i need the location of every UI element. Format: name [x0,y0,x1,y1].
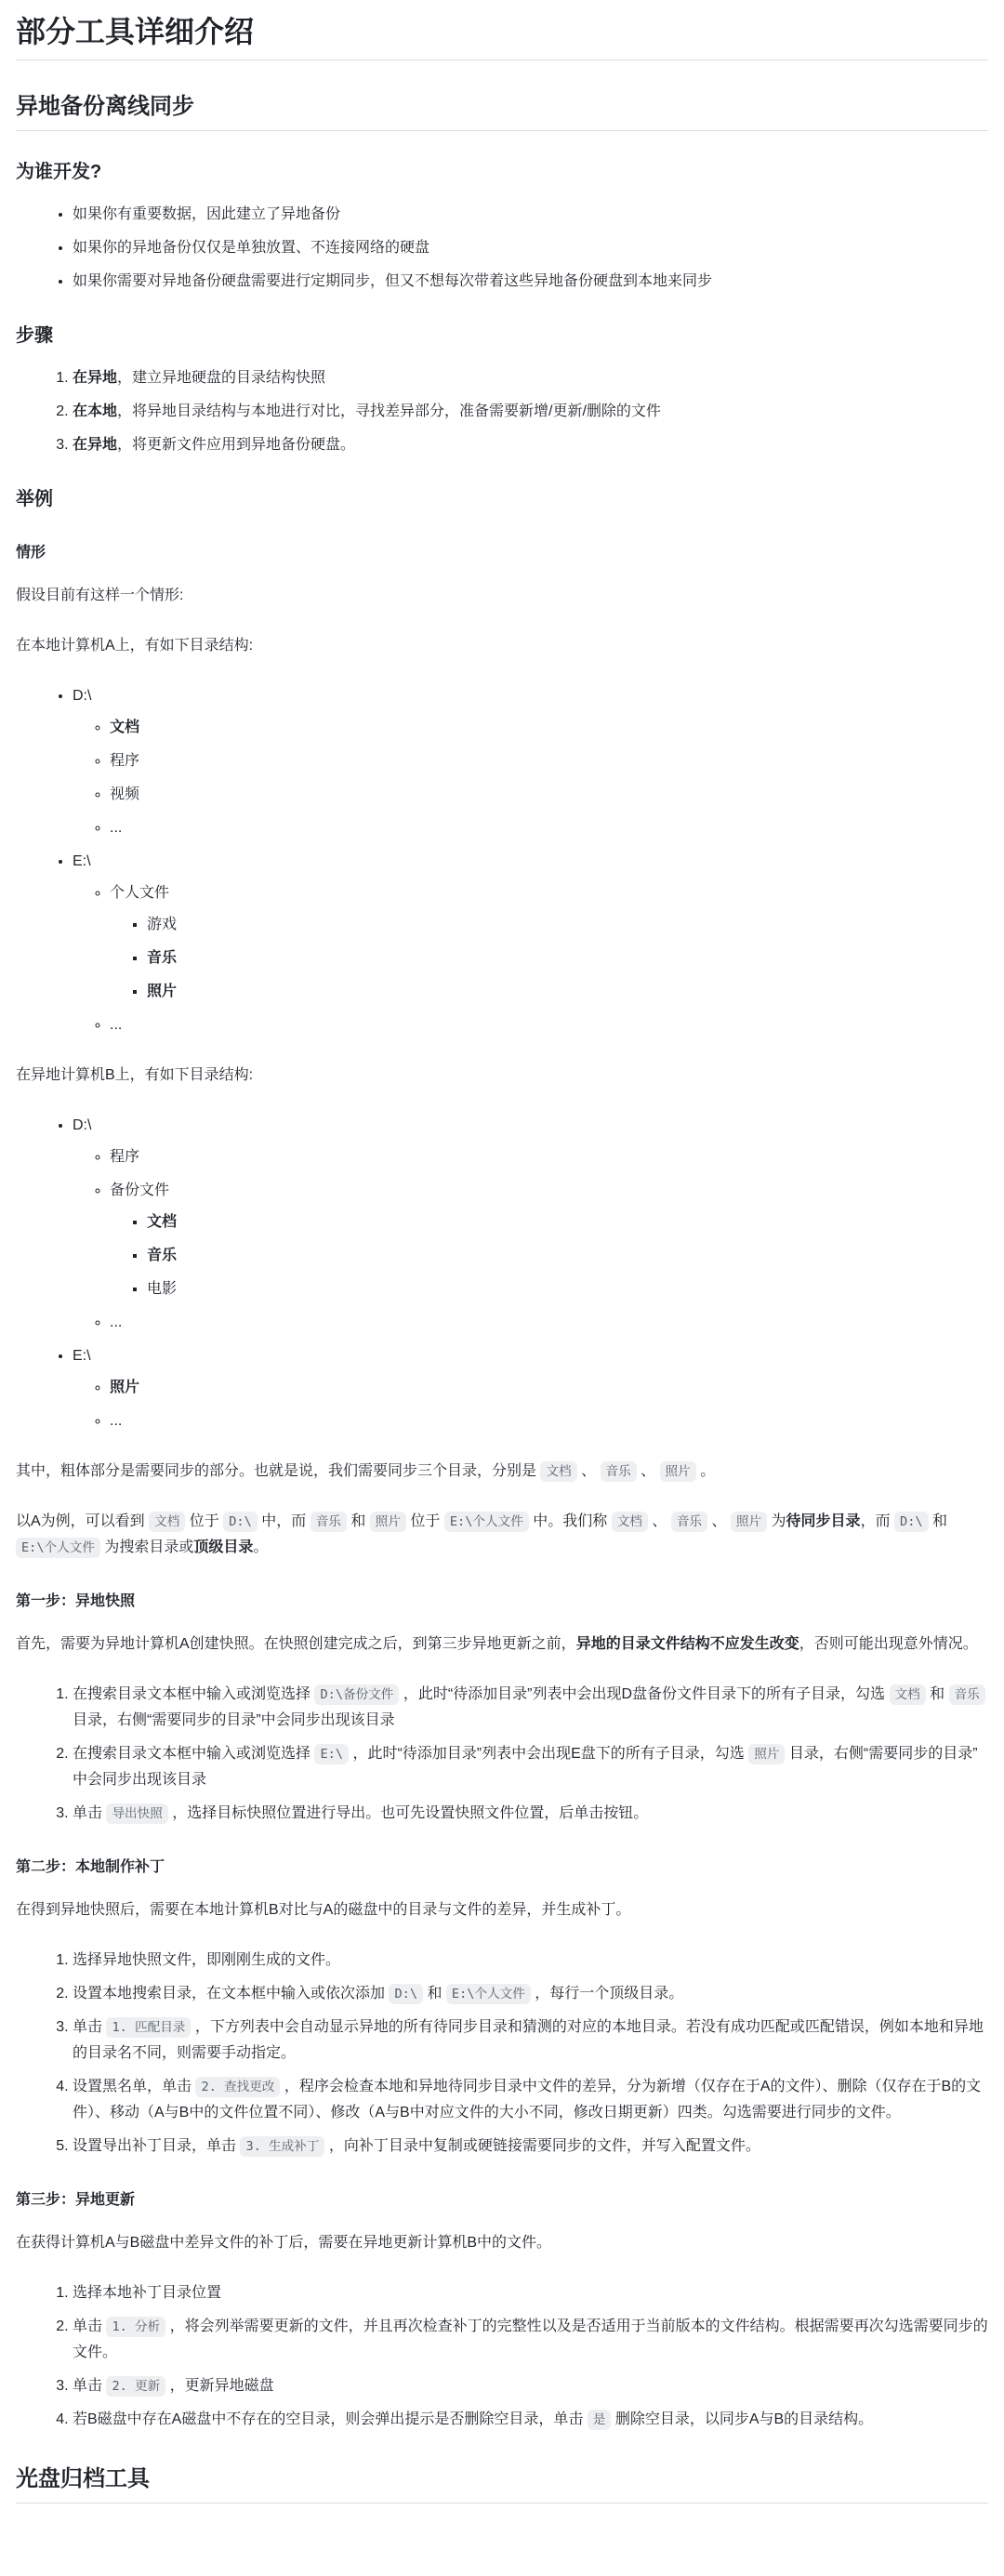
text-run: 在得到异地快照后，需要在本地计算机B对比与A的磁盘中的目录与文件的差异，并生成补… [16,1902,630,1918]
inline-code: 文档 [149,1512,185,1532]
list-item: 音乐 [147,1243,988,1269]
text-run: D:\ [73,688,91,704]
text-run: 若B磁盘中存在A磁盘中不存在的空目录，则会弹出提示是否删除空目录，单击 [73,2411,588,2427]
inline-code: 1. 分析 [106,2317,165,2337]
list-item: 照片 [110,1375,988,1401]
text-run: ... [110,1314,122,1330]
text-run: 假设目前有这样一个情形: [16,588,183,603]
text-run: 如果你需要对异地备份硬盘需要进行定期同步，但又不想每次带着这些异地备份硬盘到本地… [73,273,712,289]
text-run: ... [110,1017,122,1033]
text-run: 单击 [73,1805,106,1821]
nested-list: 程序备份文件文档音乐电影... [73,1144,988,1336]
list-item: 如果你需要对异地备份硬盘需要进行定期同步，但又不想每次带着这些异地备份硬盘到本地… [73,269,988,295]
text-run: 位于 [406,1513,444,1529]
list-item: 备份文件文档音乐电影 [110,1178,988,1302]
list-item: 在搜索目录文本框中输入或浏览选择 E:\ ，此时“待添加目录”列表中会出现E盘下… [73,1741,988,1793]
list-item: 音乐 [147,945,988,971]
paragraph-local-structure: 在本地计算机A上，有如下目录结构: [16,633,988,659]
inline-code: 音乐 [949,1684,985,1705]
text-run: 。 [696,1463,715,1479]
inline-code: 照片 [731,1512,767,1532]
text-run: ，将更新文件应用到异地备份硬盘。 [117,437,355,453]
heading-scenario: 情形 [16,540,988,566]
text-run: 、 [637,1463,660,1479]
inline-code: 音乐 [310,1512,347,1532]
heading-for-whom: 为谁开发? [16,159,988,185]
list-item: 设置本地搜索目录，在文本框中输入或依次添加 D:\ 和 E:\个人文件 ，每行一… [73,1981,988,2007]
text-run: 和 [423,1986,446,2001]
list-item: 在搜索目录文本框中输入或浏览选择 D:\备份文件 ，此时“待添加目录”列表中会出… [73,1682,988,1734]
paragraph-scenario-intro: 假设目前有这样一个情形: [16,583,988,609]
step3-list: 选择本地补丁目录位置单击 1. 分析 ，将会列举需要更新的文件，并且再次检查补丁… [16,2280,988,2433]
bold-text: 照片 [110,1380,139,1395]
inline-code: E:\个人文件 [16,1538,100,1558]
heading-example: 举例 [16,486,988,512]
heading-steps: 步骤 [16,323,988,349]
text-run: 备份文件 [110,1182,169,1198]
text-run: 中，而 [258,1513,310,1529]
section-title-disc-archive: 光盘归档工具 [16,2464,988,2503]
for-whom-list: 如果你有重要数据，因此建立了异地备份如果你的异地备份仅仅是单独放置、不连接网络的… [16,202,988,295]
bold-text: 在异地 [73,437,117,453]
text-run: 如果你有重要数据，因此建立了异地备份 [73,206,340,222]
text-run: 以A为例，可以看到 [16,1513,149,1529]
paragraph-terms: 以A为例，可以看到 文档 位于 D:\ 中，而 音乐 和 照片 位于 E:\个人… [16,1509,988,1561]
text-run: 设置黑名单，单击 [73,2079,195,2094]
bold-text: 音乐 [147,1248,177,1263]
heading-step1: 第一步：异地快照 [16,1589,988,1615]
list-item: 游戏 [147,912,988,938]
list-item: 单击 2. 更新 ，更新异地磁盘 [73,2373,988,2399]
list-item: 程序 [110,1144,988,1170]
inline-code: D:\ [389,1984,423,2004]
inline-code: E:\个人文件 [444,1512,529,1532]
inline-code: 音乐 [601,1461,637,1482]
paragraph-step3-intro: 在获得计算机A与B磁盘中差异文件的补丁后，需要在异地更新计算机B中的文件。 [16,2230,988,2256]
text-run: 游戏 [147,917,177,932]
text-run: 、 [577,1463,601,1479]
text-run: 首先，需要为异地计算机A创建快照。在快照创建完成之后，到第三步异地更新之前， [16,1636,576,1652]
list-item: 文档 [110,715,988,741]
text-run: 删除空目录，以同步A与B的目录结构。 [611,2411,873,2427]
inline-code: 文档 [890,1684,926,1705]
step2-list: 选择异地快照文件，即刚刚生成的文件。设置本地搜索目录，在文本框中输入或依次添加 … [16,1948,988,2160]
text-run: ，而 [861,1513,894,1529]
inline-code: D:\备份文件 [314,1684,399,1705]
text-run: 、 [648,1513,671,1529]
step1-list: 在搜索目录文本框中输入或浏览选择 D:\备份文件 ，此时“待添加目录”列表中会出… [16,1682,988,1827]
list-item: 程序 [110,748,988,774]
text-run: 、 [707,1513,731,1529]
inline-code: 1. 匹配目录 [106,2017,191,2038]
list-item: ... [110,815,988,841]
page-title: 部分工具详细介绍 [16,13,988,60]
text-run: 单击 [73,2318,106,2334]
text-run: ，更新异地磁盘 [165,2378,273,2394]
text-run: ，此时“待添加目录”列表中会出现D盘备份文件目录下的所有子目录，勾选 [399,1686,889,1702]
text-run: ，下方列表中会自动显示异地的所有待同步目录和猜测的对应的本地目录。若没有成功匹配… [73,2019,984,2061]
list-item: 设置黑名单，单击 2. 查找更改 ，程序会检查本地和异地待同步目录中文件的差异，… [73,2074,988,2126]
list-item: ... [110,1310,988,1336]
bold-text: 异地的目录文件结构不应发生改变 [576,1636,799,1652]
text-run: ... [110,820,122,836]
paragraph-step1-intro: 首先，需要为异地计算机A创建快照。在快照创建完成之后，到第三步异地更新之前，异地… [16,1631,988,1658]
inline-code: E:\个人文件 [446,1984,531,2004]
text-run: 位于 [185,1513,223,1529]
list-item: 视频 [110,782,988,808]
list-item: E:\个人文件游戏音乐照片... [73,849,988,1038]
inline-code: 照片 [748,1744,785,1764]
bold-text: 文档 [147,1214,177,1230]
inline-code: 2. 查找更改 [195,2077,280,2097]
list-item: ... [110,1408,988,1434]
list-item: 在异地，将更新文件应用到异地备份硬盘。 [73,432,988,458]
paragraph-bold-note: 其中，粗体部分是需要同步的部分。也就是说，我们需要同步三个目录，分别是 文档 、… [16,1459,988,1485]
text-run: D:\ [73,1117,91,1133]
list-item: D:\程序备份文件文档音乐电影... [73,1113,988,1336]
text-run: 其中，粗体部分是需要同步的部分。也就是说，我们需要同步三个目录，分别是 [16,1463,540,1479]
paragraph-step2-intro: 在得到异地快照后，需要在本地计算机B对比与A的磁盘中的目录与文件的差异，并生成补… [16,1897,988,1923]
list-item: 如果你有重要数据，因此建立了异地备份 [73,202,988,228]
inline-code: E:\ [314,1744,349,1764]
text-run: ，否则可能出现意外情况。 [799,1636,978,1652]
inline-code: 导出快照 [106,1803,167,1824]
inline-code: 文档 [612,1512,648,1532]
inline-code: 2. 更新 [106,2376,165,2397]
text-run: E:\ [73,1348,91,1364]
list-item: 单击 导出快照 ，选择目标快照位置进行导出。也可先设置快照文件位置，后单击按钮。 [73,1801,988,1827]
text-run: 和 [926,1686,949,1702]
text-run: ，将异地目录结构与本地进行对比，寻找差异部分，准备需要新增/更新/删除的文件 [117,403,661,419]
text-run: E:\ [73,853,91,869]
list-item: 选择异地快照文件，即刚刚生成的文件。 [73,1948,988,1974]
inline-code: 照片 [370,1512,406,1532]
markdown-document: 部分工具详细介绍 异地备份离线同步 为谁开发? 如果你有重要数据，因此建立了异地… [0,0,1004,2559]
list-item: 个人文件游戏音乐照片 [110,880,988,1005]
inline-code: 文档 [540,1461,576,1482]
text-run: 和 [929,1513,947,1529]
text-run: ... [110,1413,122,1429]
text-run: 单击 [73,2378,106,2394]
inline-code: 3. 生成补丁 [240,2136,324,2157]
text-run: 为搜索目录或 [100,1539,193,1555]
list-item: ... [110,1012,988,1038]
list-item: 在异地，建立异地硬盘的目录结构快照 [73,365,988,391]
bold-text: 照片 [147,984,177,999]
text-run: ，选择目标快照位置进行导出。也可先设置快照文件位置，后单击按钮。 [168,1805,648,1821]
list-item: 单击 1. 分析 ，将会列举需要更新的文件，并且再次检查补丁的完整性以及是否适用… [73,2314,988,2366]
nested-list: 文档程序视频... [73,715,988,841]
text-run: ，向补丁目录中复制或硬链接需要同步的文件，并写入配置文件。 [324,2138,760,2154]
text-run: 设置导出补丁目录，单击 [73,2138,240,2154]
text-run: ，此时“待添加目录”列表中会出现E盘下的所有子目录，勾选 [349,1746,748,1762]
list-item: 在本地，将异地目录结构与本地进行对比，寻找差异部分，准备需要新增/更新/删除的文… [73,399,988,425]
nested-list: 文档音乐电影 [110,1209,988,1302]
paragraph-remote-structure: 在异地计算机B上，有如下目录结构: [16,1063,988,1089]
text-run: 在异地计算机B上，有如下目录结构: [16,1067,253,1083]
steps-list: 在异地，建立异地硬盘的目录结构快照在本地，将异地目录结构与本地进行对比，寻找差异… [16,365,988,458]
list-item: 单击 1. 匹配目录 ，下方列表中会自动显示异地的所有待同步目录和猜测的对应的本… [73,2015,988,2067]
list-item: 若B磁盘中存在A磁盘中不存在的空目录，则会弹出提示是否删除空目录，单击 是 删除… [73,2407,988,2433]
text-run: ，将会列举需要更新的文件，并且再次检查补丁的完整性以及是否适用于当前版本的文件结… [73,2318,988,2360]
text-run: 。 [253,1539,268,1555]
text-run: 设置本地搜索目录，在文本框中输入或依次添加 [73,1986,389,2001]
bold-text: 在本地 [73,403,117,419]
text-run: 视频 [110,786,139,802]
inline-code: D:\ [223,1512,258,1532]
list-item: 设置导出补丁目录，单击 3. 生成补丁 ，向补丁目录中复制或硬链接需要同步的文件… [73,2133,988,2160]
text-run: 在搜索目录文本框中输入或浏览选择 [73,1686,314,1702]
list-item: 照片 [147,979,988,1005]
nested-list: 个人文件游戏音乐照片... [73,880,988,1038]
text-run: 如果你的异地备份仅仅是单独放置、不连接网络的硬盘 [73,240,429,256]
bold-text: 顶级目录 [193,1539,253,1555]
bold-text: 在异地 [73,370,117,386]
list-item: 选择本地补丁目录位置 [73,2280,988,2306]
nested-list: 照片... [73,1375,988,1434]
text-run: 选择异地快照文件，即刚刚生成的文件。 [73,1952,340,1968]
text-run: 选择本地补丁目录位置 [73,2285,221,2301]
text-run: 目录，右侧“需要同步的目录”中会同步出现该目录 [73,1712,395,1728]
heading-step2: 第二步：本地制作补丁 [16,1855,988,1881]
text-run: 电影 [147,1281,177,1297]
bold-text: 待同步目录 [786,1513,861,1529]
text-run: 和 [347,1513,370,1529]
section-title-offline-sync: 异地备份离线同步 [16,92,988,131]
text-run: 在搜索目录文本框中输入或浏览选择 [73,1746,314,1762]
inline-code: 是 [588,2410,612,2430]
remote-directory-tree: D:\程序备份文件文档音乐电影...E:\照片... [16,1113,988,1434]
list-item: D:\文档程序视频... [73,683,988,841]
text-run: 单击 [73,2019,106,2035]
list-item: 如果你的异地备份仅仅是单独放置、不连接网络的硬盘 [73,235,988,261]
text-run: 程序 [110,1149,139,1165]
bold-text: 文档 [110,720,139,735]
inline-code: 照片 [660,1461,696,1482]
inline-code: D:\ [894,1512,929,1532]
text-run: 为 [767,1513,786,1529]
text-run: 程序 [110,753,139,769]
text-run: 在本地计算机A上，有如下目录结构: [16,638,253,654]
list-item: 电影 [147,1276,988,1302]
text-run: 中。我们称 [529,1513,612,1529]
list-item: E:\照片... [73,1343,988,1434]
text-run: 在获得计算机A与B磁盘中差异文件的补丁后，需要在异地更新计算机B中的文件。 [16,2235,551,2251]
heading-step3: 第三步：异地更新 [16,2187,988,2213]
text-run: ，建立异地硬盘的目录结构快照 [117,370,325,386]
list-item: 文档 [147,1209,988,1235]
text-run: 个人文件 [110,885,169,901]
local-directory-tree: D:\文档程序视频...E:\个人文件游戏音乐照片... [16,683,988,1038]
inline-code: 音乐 [671,1512,707,1532]
nested-list: 游戏音乐照片 [110,912,988,1005]
bold-text: 音乐 [147,950,177,966]
text-run: ，每行一个顶级目录。 [531,1986,683,2001]
